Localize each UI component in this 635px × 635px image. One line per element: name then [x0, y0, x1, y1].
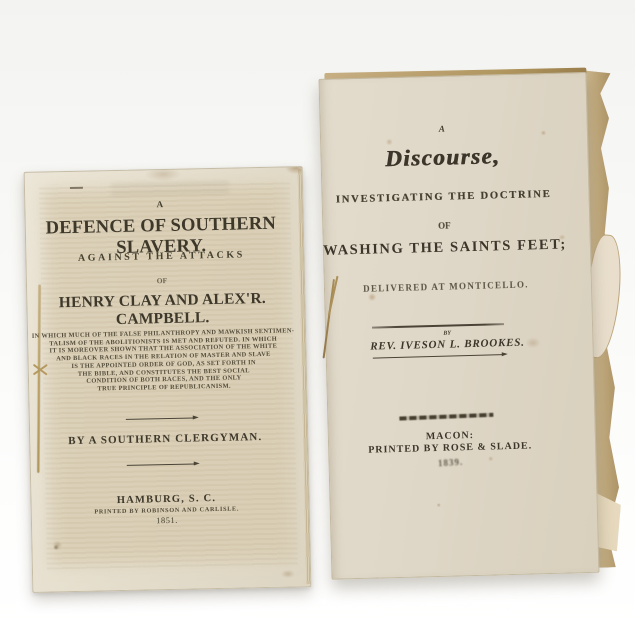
left-pamphlet-ghost-dash — [70, 187, 83, 189]
right-pamphlet: A Discourse, INVESTIGATING THE DOCTRINE … — [318, 66, 623, 584]
left-pamphlet-ghost-showthrough — [111, 177, 229, 195]
left-opponents-line: HENRY CLAY AND ALEX'R. CAMPBELL. — [20, 289, 305, 331]
photo-scene: A DEFENCE OF SOUTHERN SLAVERY. AGAINST T… — [0, 0, 635, 635]
left-argument-paragraph: IN WHICH MUCH OF THE FALSE PHILANTHROPY … — [21, 327, 306, 395]
left-pamphlet-cover: A DEFENCE OF SOUTHERN SLAVERY. AGAINST T… — [24, 166, 312, 593]
